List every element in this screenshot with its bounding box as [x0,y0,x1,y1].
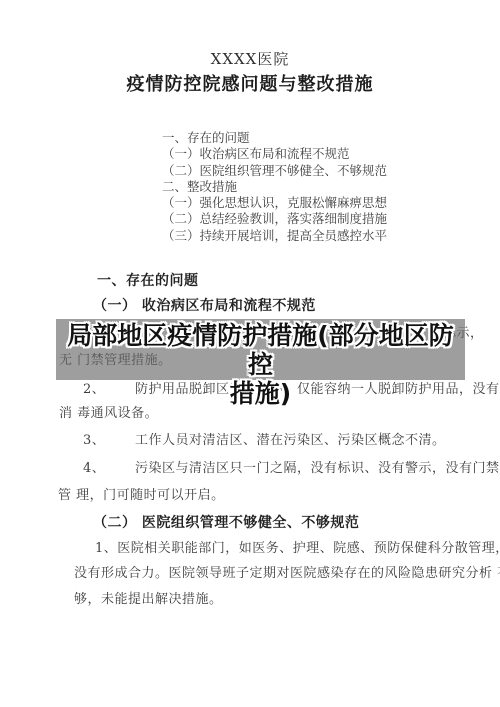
table-of-contents: 一、存在的问题 （一）收治病区布局和流程不规范 （二）医院组织管理不够健全、不够… [162,130,387,244]
toc-item: 二、整改措施 [162,179,387,195]
toc-item: （二）总结经验教训，落实落细制度措施 [162,211,387,227]
toc-item: （二）医院组织管理不够健全、不够规范 [162,163,387,179]
paragraph4-line2: 管 理，门可随时可以开启。 [58,489,225,503]
hospital-title: XXXX医院 [0,48,500,69]
paragraph4-line1: 污染区与清洁区只一门之隔，没有标识、没有警示，没有门禁 [135,462,500,476]
paragraph4-number: 4、 [83,462,105,476]
toc-item: （一）强化思想认识，克服松懈麻痹思想 [162,195,387,211]
watermark-overlay-band: 局部地区疫情防护措施(部分地区防控 措施) [56,319,465,380]
overlay-caption-line2: 措施) [56,379,465,408]
toc-item: （三）持续开展培训，提高全员感控水平 [162,228,387,244]
paragraph2-line2: 消 毒通风设备。 [59,407,158,421]
overlay-caption-line1: 局部地区疫情防护措施(部分地区防控 [56,321,465,379]
section1-heading: 一、存在的问题 [97,274,199,288]
paragraph5-line1: 1、医院相关职能部门，如医务、护理、院感、预防保健科分散管理， [95,542,500,556]
paragraph3-line1: 工作人员对清洁区、潜在污染区、污染区概念不清。 [135,434,446,448]
paragraph5-line3: 够，未能提出解决措施。 [74,593,223,607]
subsection2-heading: （二） 医院组织管理不够健全、不够规范 [93,516,359,530]
paragraph5-line2: 没有形成合力。医院领导班子定期对医院感染存在的风险隐患研究分析 不 [74,567,500,581]
subsection1-heading: （一） 收治病区布局和流程不规范 [93,299,316,313]
paragraph3-number: 3、 [83,434,105,448]
toc-item: 一、存在的问题 [162,130,387,146]
document-page: XXXX医院 疫情防控院感问题与整改措施 一、存在的问题 （一）收治病区布局和流… [0,0,500,707]
toc-item: （一）收治病区布局和流程不规范 [162,146,387,162]
document-main-title: 疫情防控院感问题与整改措施 [0,70,500,96]
